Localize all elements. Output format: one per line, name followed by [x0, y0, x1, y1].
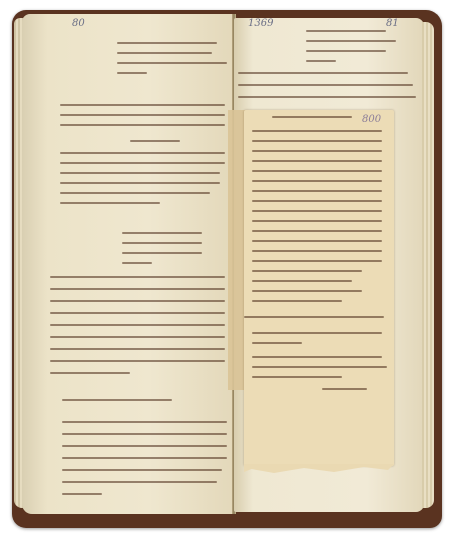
folio-number-right: 81	[386, 18, 399, 29]
year-note: 1369	[248, 18, 273, 29]
folio-number-left: 80	[72, 18, 85, 29]
right-page-edges	[422, 22, 434, 508]
pasted-document-slip: 800	[244, 110, 394, 466]
left-page: 80	[22, 14, 234, 514]
slip-note: 800	[362, 114, 381, 125]
